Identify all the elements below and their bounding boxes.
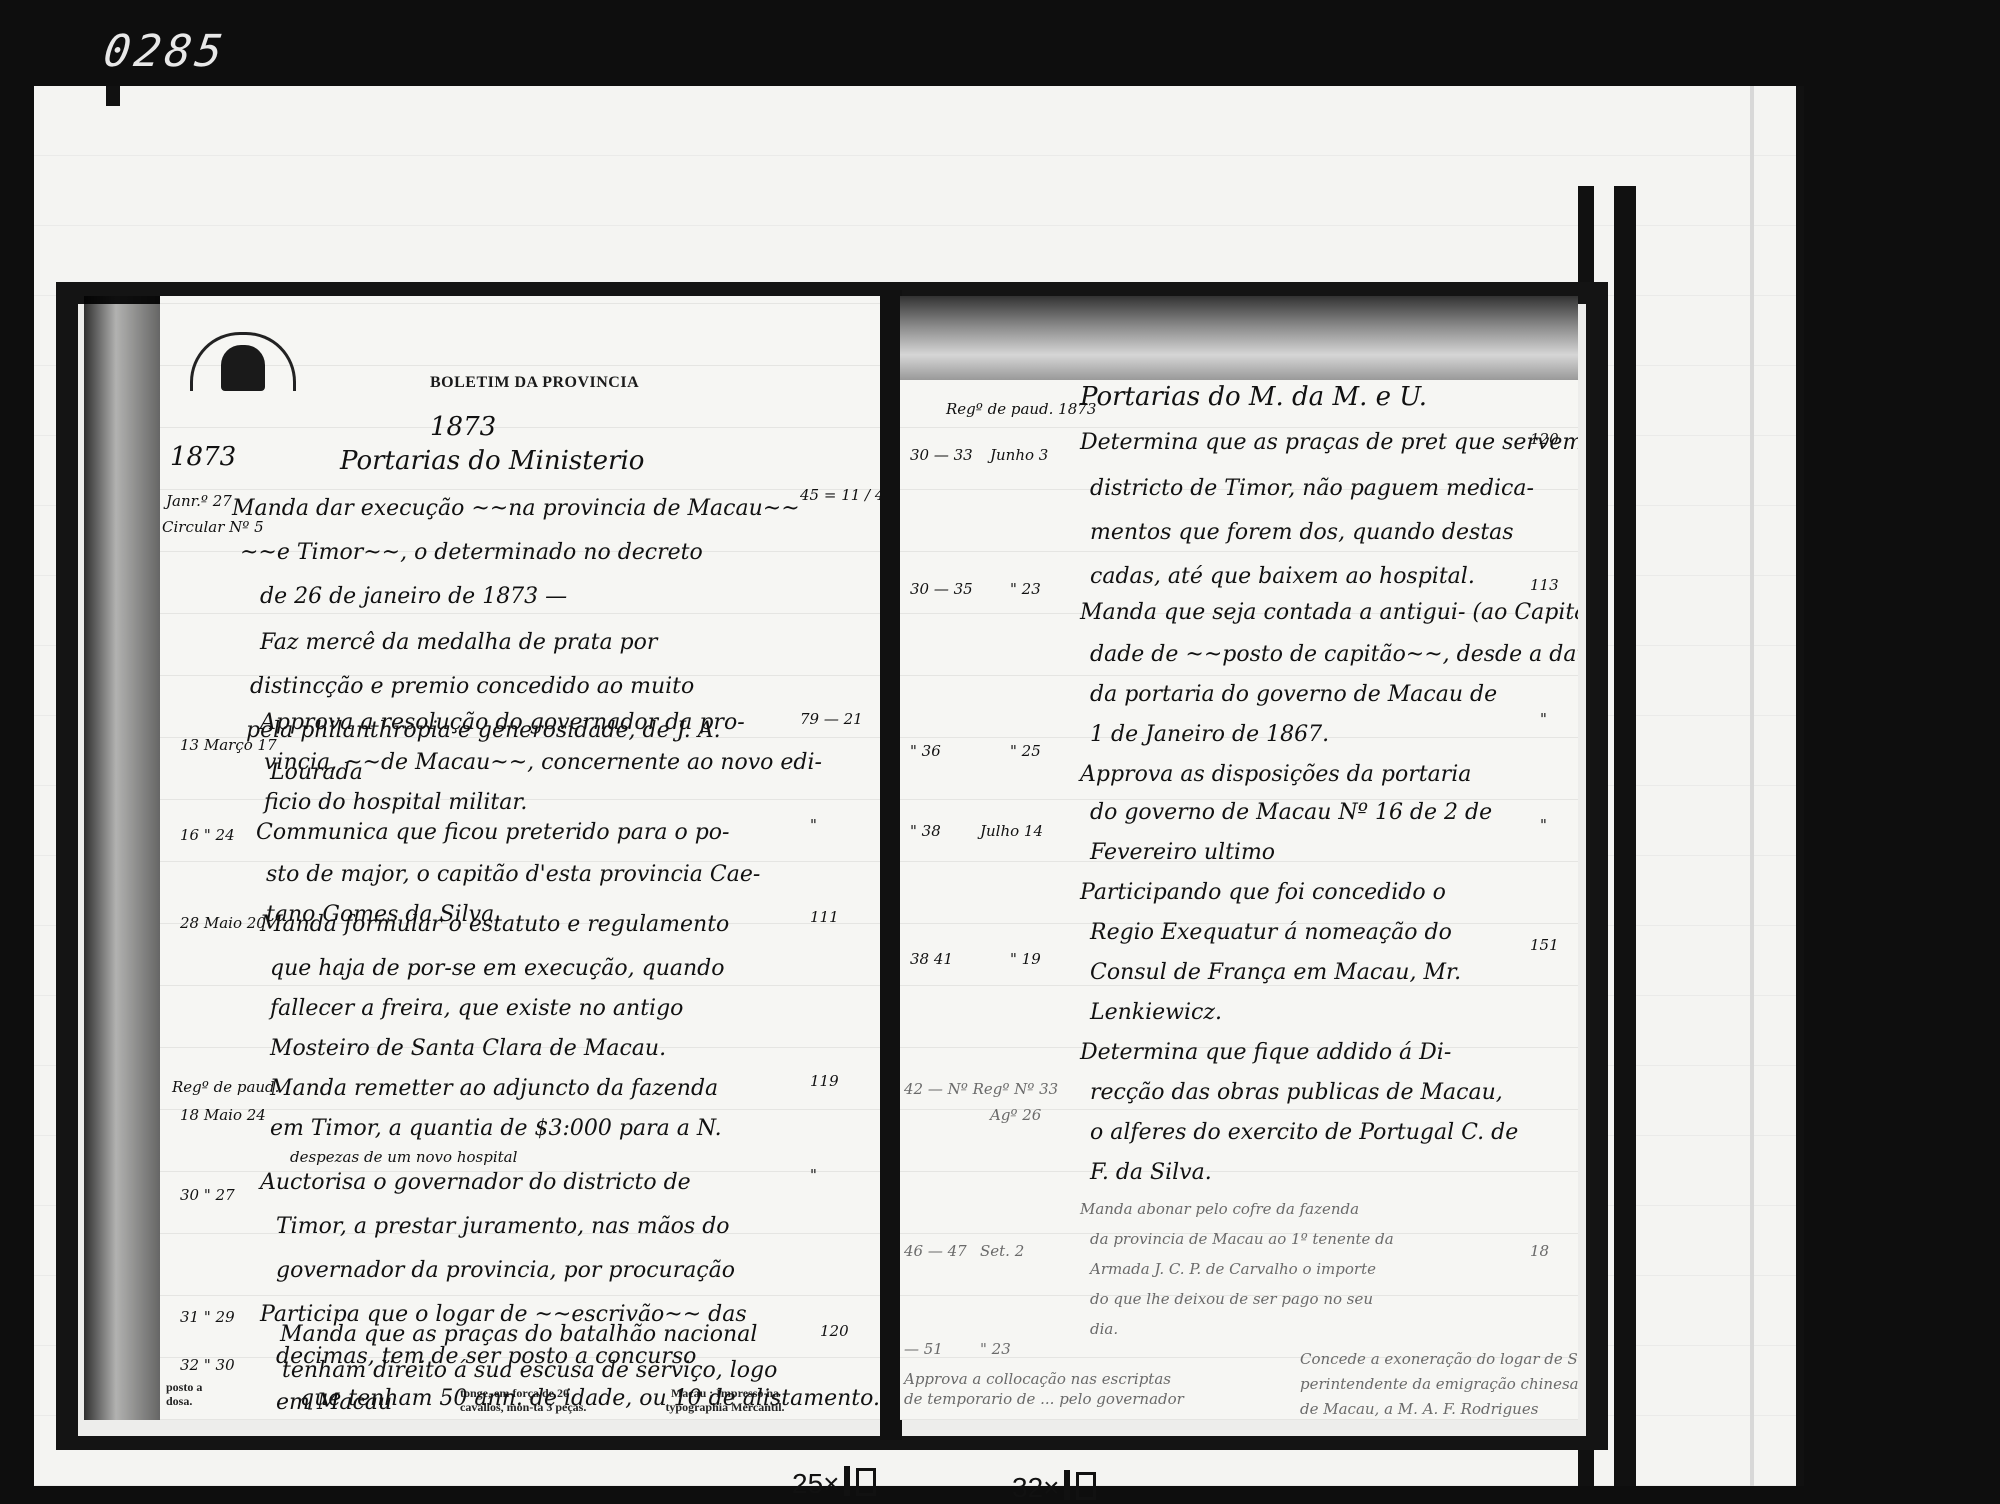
entry-date: " 25: [1010, 742, 1041, 760]
entry-line: de 26 de janeiro de 1873 —: [260, 584, 567, 609]
entry-date: 30 " 27: [180, 1186, 235, 1204]
film-margin-right: [1804, 86, 2000, 1504]
entry-line: Communica que ficou preterido para o po-: [256, 820, 729, 845]
register-header: Regº de paud. 1873: [946, 400, 1096, 418]
royal-crest-stamp: [190, 332, 296, 391]
binder-edge-bar: [1614, 186, 1636, 1486]
target-box-icon: [1076, 1472, 1096, 1500]
entry-line: vincia, ~~de Macau~~, concernente ao nov…: [264, 750, 822, 775]
entry-line: Timor, a prestar juramento, nas mãos do: [276, 1214, 730, 1239]
entry-number: " 36: [910, 742, 941, 760]
entry-line: Mosteiro de Santa Clara de Macau.: [270, 1036, 666, 1061]
entry-line: em Timor, a quantia de $3:000 para a N.: [270, 1116, 722, 1141]
right-page: Regº de paud. 1873 Portarias do M. da M.…: [900, 380, 1578, 1420]
entry-number: 30 — 35: [910, 580, 973, 598]
entry-line: de temporario de ... pelo governador: [904, 1390, 1184, 1408]
entry-page-ref: ": [810, 816, 817, 834]
entry-number: 46 — 47: [904, 1242, 967, 1260]
entry-number: 38 41: [910, 950, 953, 968]
film-margin-bottom: [0, 1486, 2000, 1504]
target-bar-icon: [844, 1466, 850, 1496]
entry-ref: Regº de paud.: [172, 1078, 279, 1096]
entry-line: Concede a exoneração do logar de Su-: [1300, 1350, 1578, 1368]
entry-line: da provincia de Macau ao 1º tenente da: [1090, 1230, 1394, 1248]
target-bar-icon: [1064, 1470, 1070, 1500]
entry-page-ref: 120: [820, 1322, 849, 1340]
film-edge-mark: [106, 86, 120, 106]
reduction-label: 25×: [792, 1468, 840, 1499]
entry-line: Consul de França em Macau, Mr.: [1090, 960, 1461, 985]
entry-line: cadas, até que baixem ao hospital.: [1090, 564, 1475, 589]
entry-line: Auctorisa o governador do districto de: [260, 1170, 691, 1195]
entry-date: Set. 2: [980, 1242, 1024, 1260]
entry-line: fallecer a freira, que existe no antigo: [270, 996, 683, 1021]
entry-date: " 23: [1010, 580, 1041, 598]
entry-line: Manda formular o estatuto e regulamento: [260, 912, 729, 937]
left-page: BOLETIM DA PROVINCIA 1873 1873 Portarias…: [160, 296, 880, 1420]
right-page-shadow-edge: [900, 296, 1578, 380]
entry-line: Determina que fique addido á Di-: [1080, 1040, 1451, 1065]
entry-line: dia.: [1090, 1320, 1118, 1338]
entry-line: Approva a collocação nas escriptas: [904, 1370, 1171, 1388]
entry-line: Manda que as praças do batalhão nacional: [280, 1322, 757, 1347]
entry-line: tenham direito á sua escusa de serviço, …: [282, 1358, 777, 1383]
entry-date: Janr.º 27: [166, 492, 232, 510]
entry-page-ref: 79 — 21: [800, 710, 863, 728]
entry-line: ficio do hospital militar.: [264, 790, 527, 815]
entry-page-ref: 119: [810, 1072, 839, 1090]
entry-date: 31 " 29: [180, 1308, 235, 1326]
margin-year: 1873: [170, 442, 236, 472]
reduction-ratio-mark-25x: 25×: [792, 1466, 876, 1500]
entry-line: governador da provincia, por procuração: [276, 1258, 735, 1283]
year-heading: 1873: [430, 412, 496, 442]
entry-page-ref: 18: [1530, 1242, 1549, 1260]
entry-date: Julho 14: [980, 822, 1043, 840]
entry-line: F. da Silva.: [1090, 1160, 1212, 1185]
entry-date: 18 Maio 24: [180, 1106, 266, 1124]
entry-page-ref: 45 = 11 / 46 = 11: [800, 486, 880, 504]
section-title: Portarias do M. da M. e U.: [1080, 382, 1427, 412]
entry-number: — 51: [904, 1340, 943, 1358]
film-scratch: [1750, 86, 1754, 1486]
entry-line: Approva a resolução do governador da pro…: [260, 710, 745, 735]
crown-icon: [221, 345, 265, 391]
entry-line: da portaria do governo de Macau de: [1090, 682, 1497, 707]
entry-date: Agº 26: [990, 1106, 1041, 1124]
entry-line: do governo de Macau Nº 16 de 2 de: [1090, 800, 1492, 825]
entry-line: 1 de Janeiro de 1867.: [1090, 722, 1329, 747]
entry-line: do que lhe deixou de ser pago no seu: [1090, 1290, 1373, 1308]
left-spine-shadow: [84, 296, 164, 1420]
entry-line: Manda que seja contada a antigui- (ao Ca…: [1080, 600, 1578, 625]
entry-date: Junho 3: [990, 446, 1048, 464]
entry-page-ref: ": [810, 1166, 817, 1184]
entry-line: que haja de por-se em execução, quando: [270, 956, 725, 981]
entry-line: ~~e Timor~~, o determinado no decreto: [240, 540, 703, 565]
entry-line: despezas de um novo hospital: [290, 1148, 517, 1166]
entry-line: o alferes do exercito de Portugal C. de: [1090, 1120, 1518, 1145]
entry-number: " 38: [910, 822, 941, 840]
entry-line: sto de major, o capitão d'esta provincia…: [266, 862, 760, 887]
entry-page-ref: ": [1540, 710, 1547, 728]
center-gutter: [880, 290, 902, 1440]
entry-line: mentos que forem dos, quando destas: [1090, 520, 1514, 545]
entry-line: Determina que as praças de pret que serv…: [1080, 430, 1578, 455]
entry-page-ref: 113: [1530, 576, 1559, 594]
entry-date: 13 Março 17: [180, 736, 277, 754]
entry-number: 30 — 33: [910, 446, 973, 464]
entry-line: districto de Timor, não paguem medica-: [1090, 476, 1534, 501]
entry-line: dade de ~~posto de capitão~~, desde a da…: [1090, 642, 1578, 667]
entry-date: 28 Maio 20: [180, 914, 266, 932]
entry-line: Armada J. C. P. de Carvalho o importe: [1090, 1260, 1376, 1278]
reduction-label: 32×: [1012, 1472, 1060, 1503]
entry-line: Lenkiewicz.: [1090, 1000, 1222, 1025]
entry-line: Manda dar execução ~~na provincia de Mac…: [232, 496, 800, 521]
entry-number: 42 — Nº Regº Nº 33: [904, 1080, 1058, 1098]
microfilm-frame-counter: 0285: [100, 26, 229, 77]
entry-line: distincção e premio concedido ao muito: [250, 674, 694, 699]
entry-line: que tenham 50 ann. de idade, ou 10 de al…: [300, 1386, 880, 1411]
entry-date: " 19: [1010, 950, 1041, 968]
entry-line: de Macau, a M. A. F. Rodrigues: [1300, 1400, 1538, 1418]
entry-line: Fevereiro ultimo: [1090, 840, 1275, 865]
entry-date: 32 " 30: [180, 1356, 235, 1374]
entry-page-ref: 111: [810, 908, 839, 926]
entry-date: 16 " 24: [180, 826, 235, 844]
entry-line: Manda abonar pelo cofre da fazenda: [1080, 1200, 1359, 1218]
entry-line: Faz mercê da medalha de prata por: [260, 630, 657, 655]
entry-line: perintendente da emigração chinesa: [1300, 1375, 1578, 1393]
entry-line: recção das obras publicas de Macau,: [1090, 1080, 1503, 1105]
masthead-title: BOLETIM DA PROVINCIA: [430, 374, 639, 392]
reduction-ratio-mark-32x: 32×: [1012, 1470, 1096, 1504]
entry-line: Manda remetter ao adjuncto da fazenda: [270, 1076, 718, 1101]
section-title: Portarias do Ministerio: [340, 446, 644, 476]
entry-line: Regio Exequatur á nomeação do: [1090, 920, 1452, 945]
entry-line: Approva as disposições da portaria: [1080, 762, 1471, 787]
printed-footer-left: posto a dosa.: [166, 1380, 216, 1408]
entry-line: Participando que foi concedido o: [1080, 880, 1446, 905]
entry-page-ref: 151: [1530, 936, 1559, 954]
entry-page-ref: ": [1540, 816, 1547, 834]
target-box-icon: [856, 1468, 876, 1496]
entry-date: " 23: [980, 1340, 1011, 1358]
